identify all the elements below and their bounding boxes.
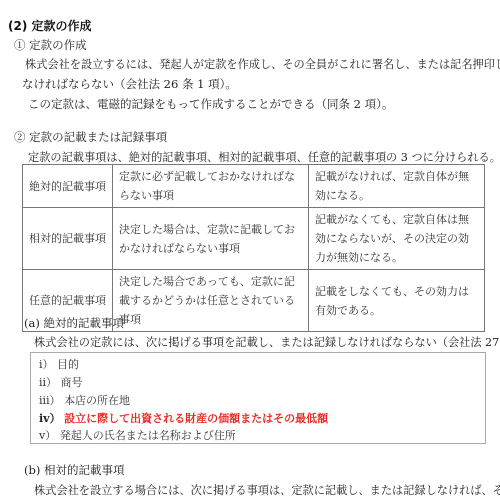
cell-desc: 決定した場合であっても、定款に記載するかどうかは任意とされている事項: [113, 270, 309, 332]
sub1-para1-line1: 株式会社を設立するには、発起人が定款を作成し、その全員がこれに署名し、または記名…: [25, 59, 500, 70]
list-item-highlighted: ⅳ） 設立に際して出資される財産の価額またはその最低額: [39, 413, 328, 424]
section-heading: (2) 定款の作成: [8, 20, 92, 32]
b-title: (b) 相対的記載事項: [24, 465, 125, 477]
list-item: ⅲ） 本店の所在地: [39, 395, 130, 406]
table-row: 絶対的記載事項 定款に必ず記載しておかなければならない事項 記載がなければ、定款…: [23, 165, 485, 208]
sub2-title: ② 定款の記載または記録事項: [14, 132, 167, 144]
cell-desc: 決定した場合は、定款に記載しておかなければならない事項: [113, 208, 309, 270]
table-row: 相対的記載事項 決定した場合は、定款に記載しておかなければならない事項 記載がな…: [23, 208, 485, 270]
cell-effect: 記載がなくても、定款自体は無効にならないが、その決定の効力が無効になる。: [309, 208, 485, 270]
cell-type: 相対的記載事項: [23, 208, 113, 270]
cell-desc: 定款に必ず記載しておかなければならない事項: [113, 165, 309, 208]
a-title: (a) 絶対的記載事項: [24, 318, 124, 330]
required-items-box: ⅰ） 目的 ⅱ） 商号 ⅲ） 本店の所在地 ⅳ） 設立に際して出資される財産の価…: [30, 352, 486, 444]
list-item: ⅴ） 発起人の氏名または名称および住所: [39, 430, 236, 441]
items-table: 絶対的記載事項 定款に必ず記載しておかなければならない事項 記載がなければ、定款…: [22, 164, 485, 332]
list-item: ⅰ） 目的: [39, 359, 79, 370]
cell-effect: 記載がなければ、定款自体が無効になる。: [309, 165, 485, 208]
cell-type: 絶対的記載事項: [23, 165, 113, 208]
sub1-para2: この定款は、電磁的記録をもって作成することができる（同条 2 項）。: [28, 99, 393, 111]
sub2-intro: 定款の記載事項は、絶対的記載事項、相対的記載事項、任意的記載事項の 3 つに分け…: [28, 152, 500, 163]
list-item: ⅱ） 商号: [39, 377, 83, 388]
sub1-para1-line2: なければならない（会社法 26 条 1 項）。: [22, 79, 237, 91]
sub1-title: ① 定款の作成: [14, 40, 87, 52]
cell-effect: 記載をしなくても、その効力は有効である。: [309, 270, 485, 332]
a-intro: 株式会社の定款には、次に掲げる事項を記載し、または記録しなければならない（会社法…: [34, 337, 500, 348]
b-intro: 株式会社を設立する場合には、次に掲げる事項は、定款に記載し、または記録しなければ…: [34, 485, 500, 496]
